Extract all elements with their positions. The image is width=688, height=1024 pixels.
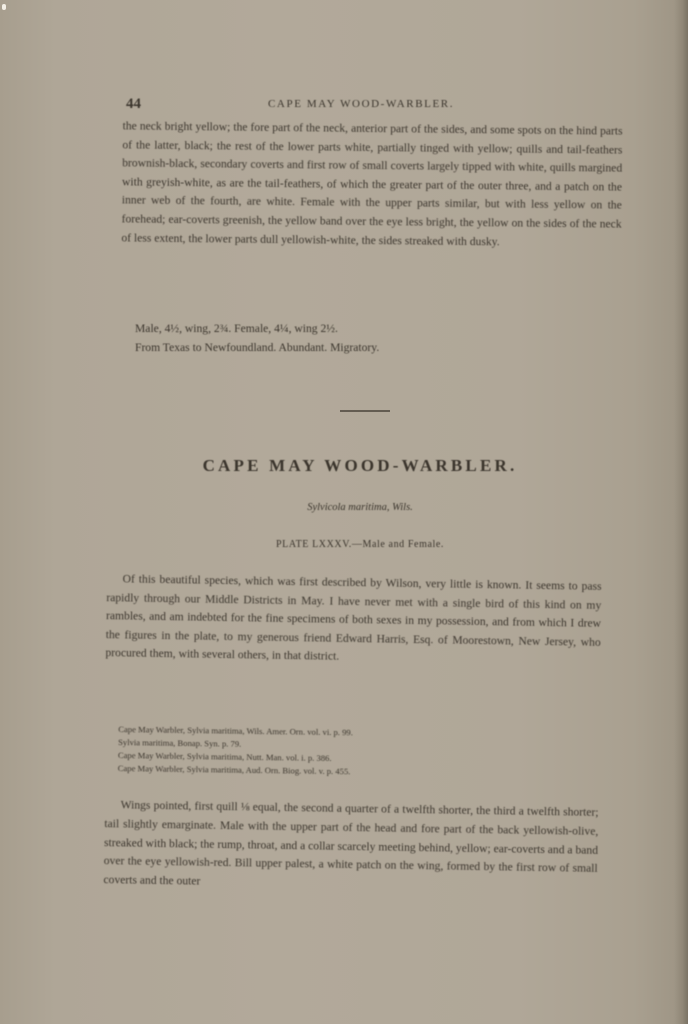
description-text: Wings pointed, first quill ⅛ equal, the … — [103, 796, 598, 898]
scan-speck — [2, 4, 6, 10]
previous-article-text: the neck bright yellow; the fore part of… — [121, 117, 622, 252]
latin-name: Sylvicola maritima, Wils. — [240, 502, 480, 513]
page-number: 44 — [126, 96, 141, 113]
synonymy-references: Cape May Warbler, Sylvia maritima, Wils.… — [118, 723, 539, 781]
running-title: CAPE MAY WOOD-WARBLER. — [268, 98, 454, 110]
page-edge-shadow — [674, 0, 688, 1024]
article-title: CAPE MAY WOOD-WARBLER. — [170, 456, 550, 476]
book-page: 44 CAPE MAY WOOD-WARBLER. the neck brigh… — [0, 0, 688, 1024]
measurements-block: Male, 4½, wing, 2¾. Female, 4¼, wing 2½.… — [135, 320, 615, 357]
range-text: From Texas to Newfoundland. Abundant. Mi… — [135, 339, 615, 358]
intro-text: Of this beautiful species, which was fir… — [105, 570, 601, 671]
plate-reference: PLATE LXXXV.—Male and Female. — [220, 539, 500, 550]
previous-article-paragraph: the neck bright yellow; the fore part of… — [121, 117, 622, 252]
running-head: 44 CAPE MAY WOOD-WARBLER. — [126, 96, 626, 116]
description-paragraph: Wings pointed, first quill ⅛ equal, the … — [103, 796, 598, 898]
measurements-text: Male, 4½, wing, 2¾. Female, 4¼, wing 2½. — [135, 320, 615, 339]
intro-paragraph: Of this beautiful species, which was fir… — [105, 570, 601, 671]
section-divider — [340, 410, 390, 412]
